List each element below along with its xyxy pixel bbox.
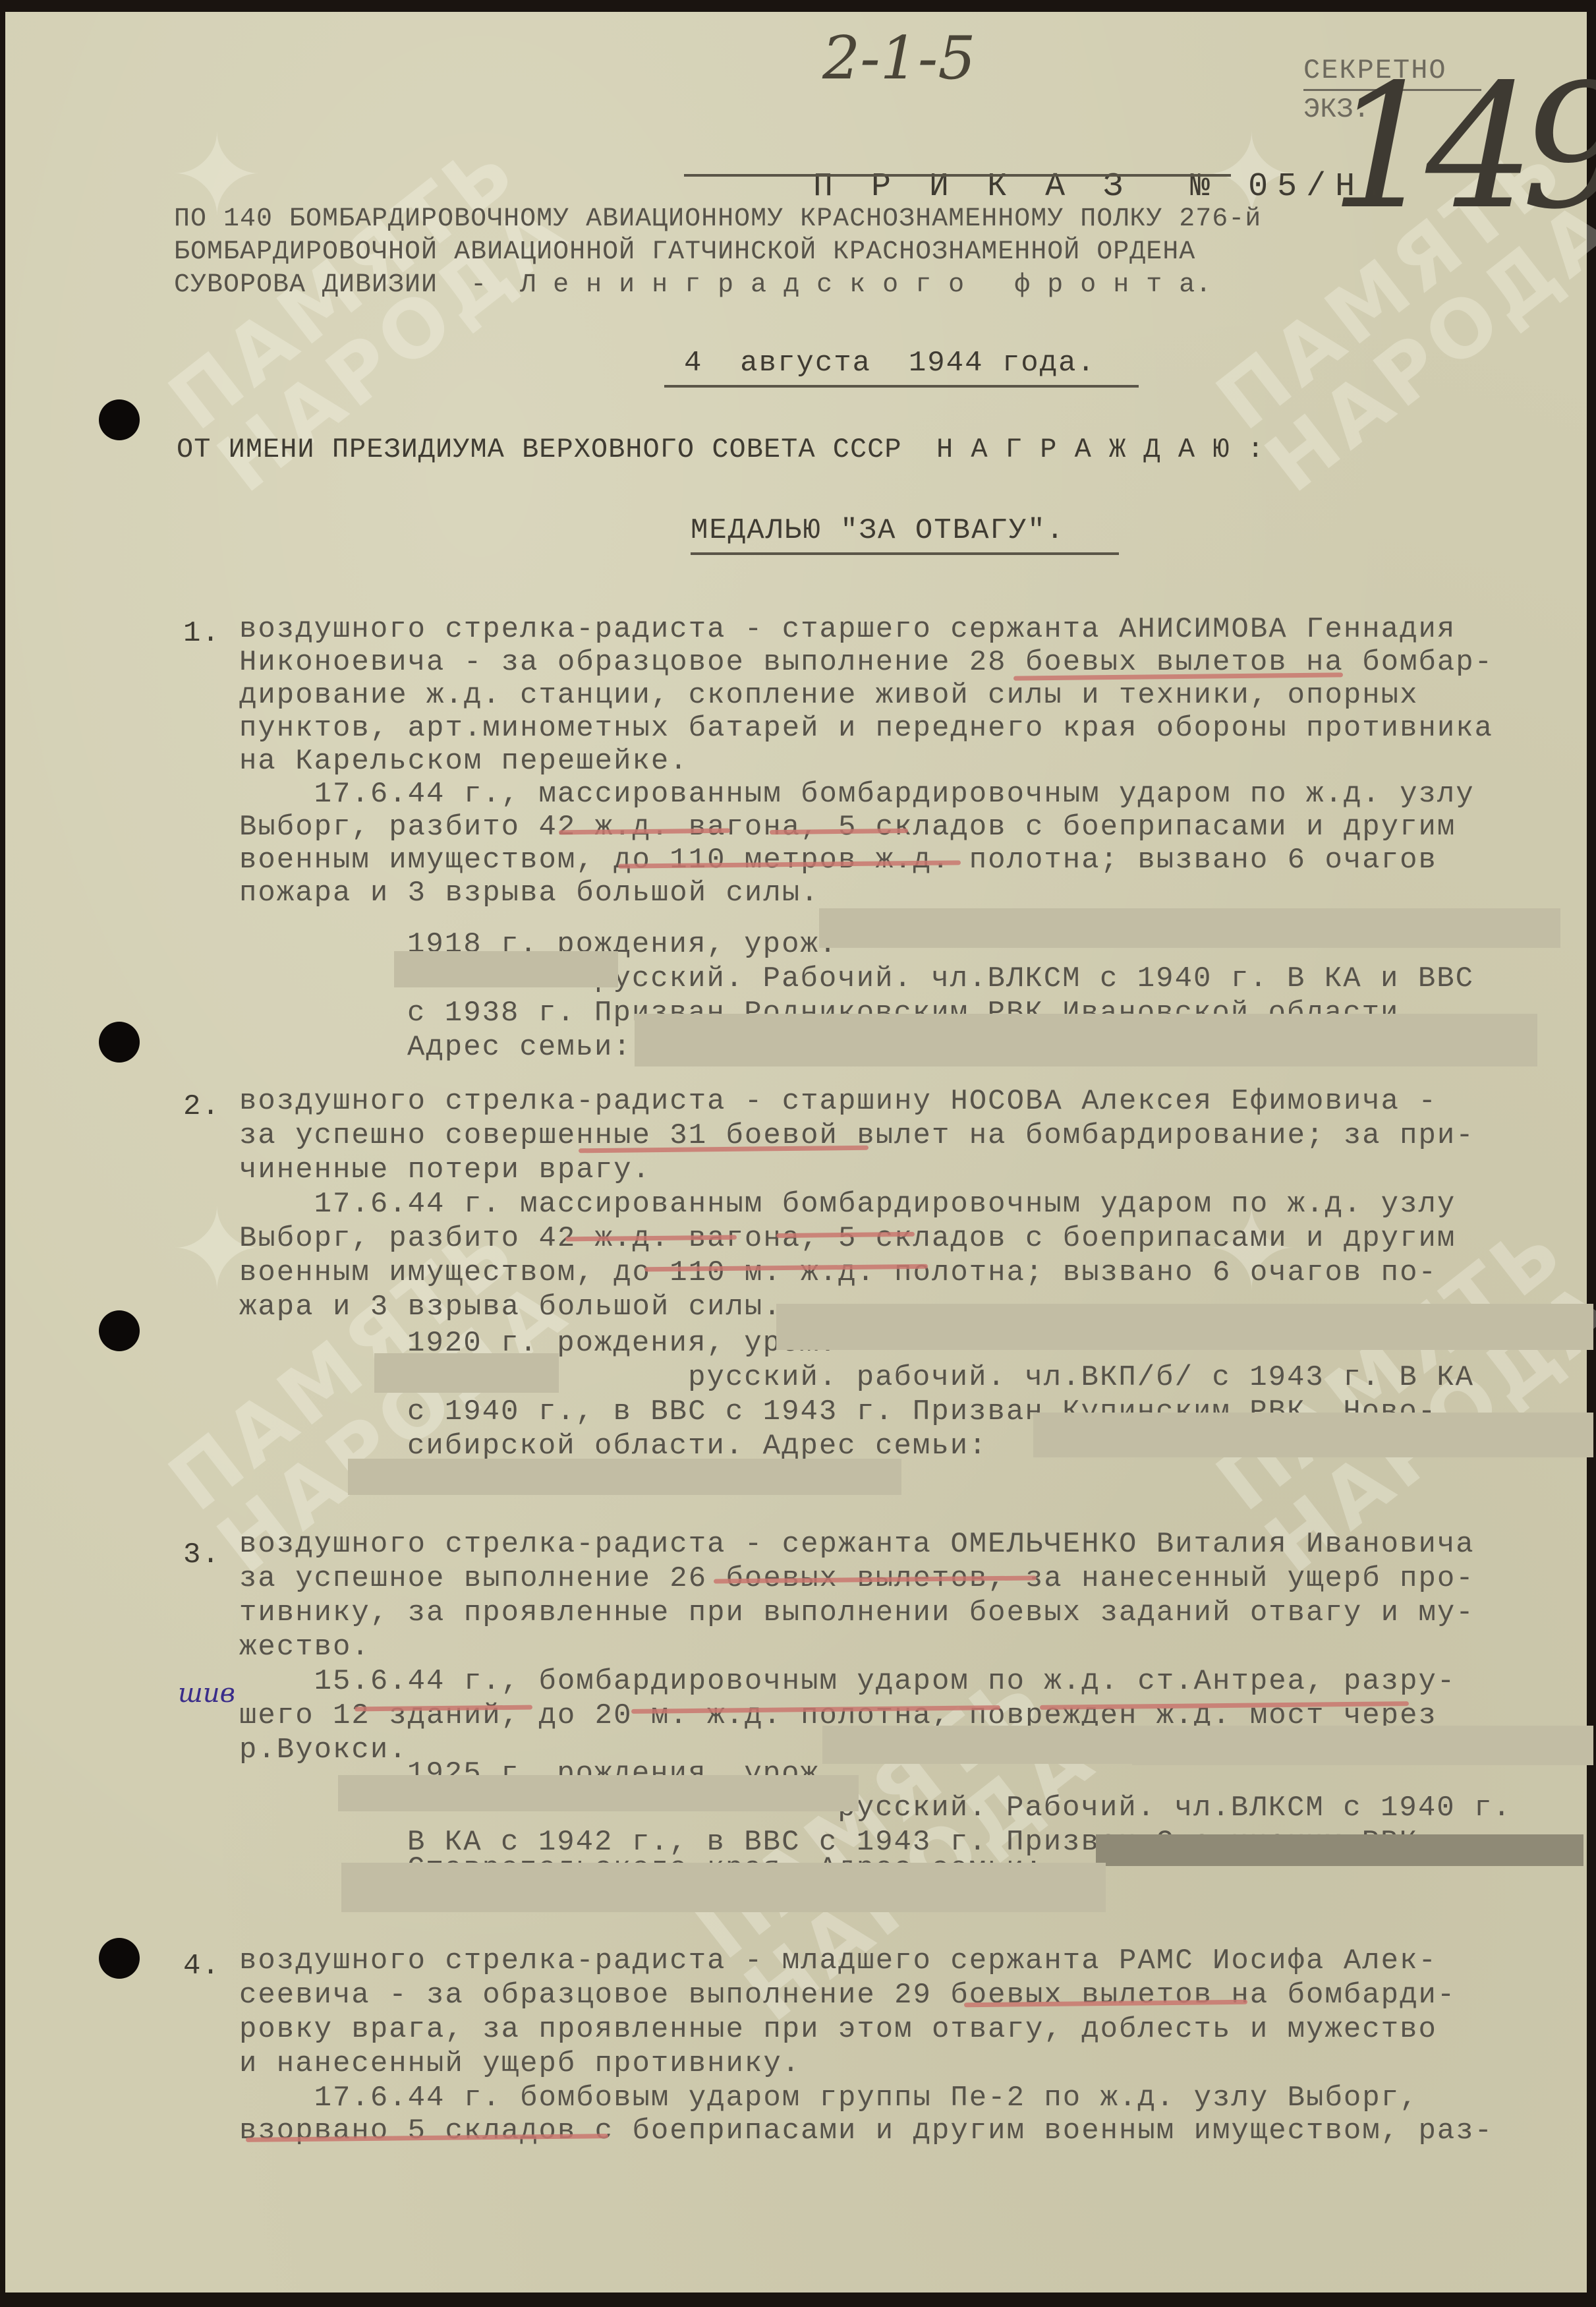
punch-hole [99,1310,140,1351]
feat-text: пожара и 3 взрыва большой силы. [239,877,820,910]
feat-text: р.Вуокси. [239,1734,408,1767]
bio-text: русский. рабочий. чл.ВКП/б/ с 1943 г. В … [407,1361,1474,1394]
date-underline [664,385,1139,388]
awardee-text: дирование ж.д. станции, скопление живой … [239,679,1418,712]
awardee-text: воздушного стрелка-радиста - старшину НО… [239,1085,1437,1118]
feat-text: военным имуществом, до 110 м. ж.д. полот… [239,1256,1437,1289]
handwritten-archive-number: 2-1-5 [822,24,976,93]
awardee-text: воздушного стрелка-радиста - младшего се… [239,1944,1437,1977]
redaction [374,1353,559,1393]
awardee-text: сеевича - за образцовое выполнение 29 бо… [239,1979,1456,2012]
redaction [1096,1834,1583,1866]
feat-text: 17.6.44 г. бомбовым ударом группы Пе-2 п… [239,2082,1418,2115]
title-underline [684,174,1231,177]
punch-hole [99,1022,140,1063]
awardee-number: 2. [183,1090,221,1123]
awardee-text: воздушного стрелка-радиста - старшего се… [239,613,1456,646]
punch-hole [99,1938,140,1979]
redaction [822,1726,1593,1764]
feat-text: взорвано 5 складов с боеприпасами и друг… [239,2115,1493,2147]
feat-text: Выборг, разбито 42 ж.д. вагона, 5 складо… [239,1222,1456,1255]
award-name: МЕДАЛЬЮ "ЗА ОТВАГУ". [691,514,1065,547]
unit-line: СУВОРОВА ДИВИЗИИ - Л е н и н г р а д с к… [174,270,1212,300]
redaction [338,1775,859,1811]
feat-text: 17.6.44 г., массированным бомбардировочн… [239,778,1475,811]
awardee-text: ровку врага, за проявленные при этом отв… [239,2013,1437,2046]
awardee-text: чиненные потери врагу. [239,1153,651,1186]
redaction [394,951,618,987]
awardee-number: 3. [183,1538,221,1571]
handwritten-margin-note: шив [178,1678,235,1708]
awardee-text: пунктов, арт.минометных батарей и передн… [239,712,1493,745]
redaction [341,1863,1106,1912]
preamble: ОТ ИМЕНИ ПРЕЗИДИУМА ВЕРХОВНОГО СОВЕТА СС… [177,434,1265,465]
awardee-text: жество. [239,1631,370,1664]
awardee-number: 1. [183,617,221,650]
unit-line: БОМБАРДИРОВОЧНОЙ АВИАЦИОННОЙ ГАТЧИНСКОЙ … [174,237,1195,267]
redaction [819,908,1560,948]
bio-text: Адрес семьи: [407,1031,632,1064]
feat-text: 15.6.44 г., бомбардировочным ударом по ж… [239,1665,1456,1698]
feat-text: Выборг, разбито 42 ж.д. вагона, 5 складо… [239,811,1456,844]
punch-hole [99,399,140,440]
redaction [348,1459,901,1495]
awardee-text: и нанесенный ущерб противнику. [239,2047,801,2080]
feat-text: жара и 3 взрыва большой силы. [239,1291,782,1324]
awardee-number: 4. [183,1950,221,1983]
redaction [1033,1413,1593,1457]
redaction [776,1304,1593,1350]
awardee-text: воздушного стрелка-радиста - сержанта ОМ… [239,1528,1475,1561]
feat-text: военным имуществом, до 110 метров ж.д. п… [239,844,1437,877]
order-date: 4 августа 1944 года. [684,347,1096,380]
redaction [635,1014,1537,1066]
bio-text: сибирской области. Адрес семьи: [407,1430,988,1463]
feat-text: 17.6.44 г. массированным бомбардировочны… [239,1188,1456,1221]
award-underline [691,552,1119,555]
unit-line: ПО 140 БОМБАРДИРОВОЧНОМУ АВИАЦИОННОМУ КР… [174,204,1261,234]
awardee-text: на Карельском перешейке. [239,745,689,778]
document-page: ✦ ✦ ПАМЯТЬ НАРОДА ПАМЯТЬ НАРОДА ✦ ✦ ПАМЯ… [5,12,1587,2292]
awardee-text: тивнику, за проявленные при выполнении б… [239,1596,1475,1629]
